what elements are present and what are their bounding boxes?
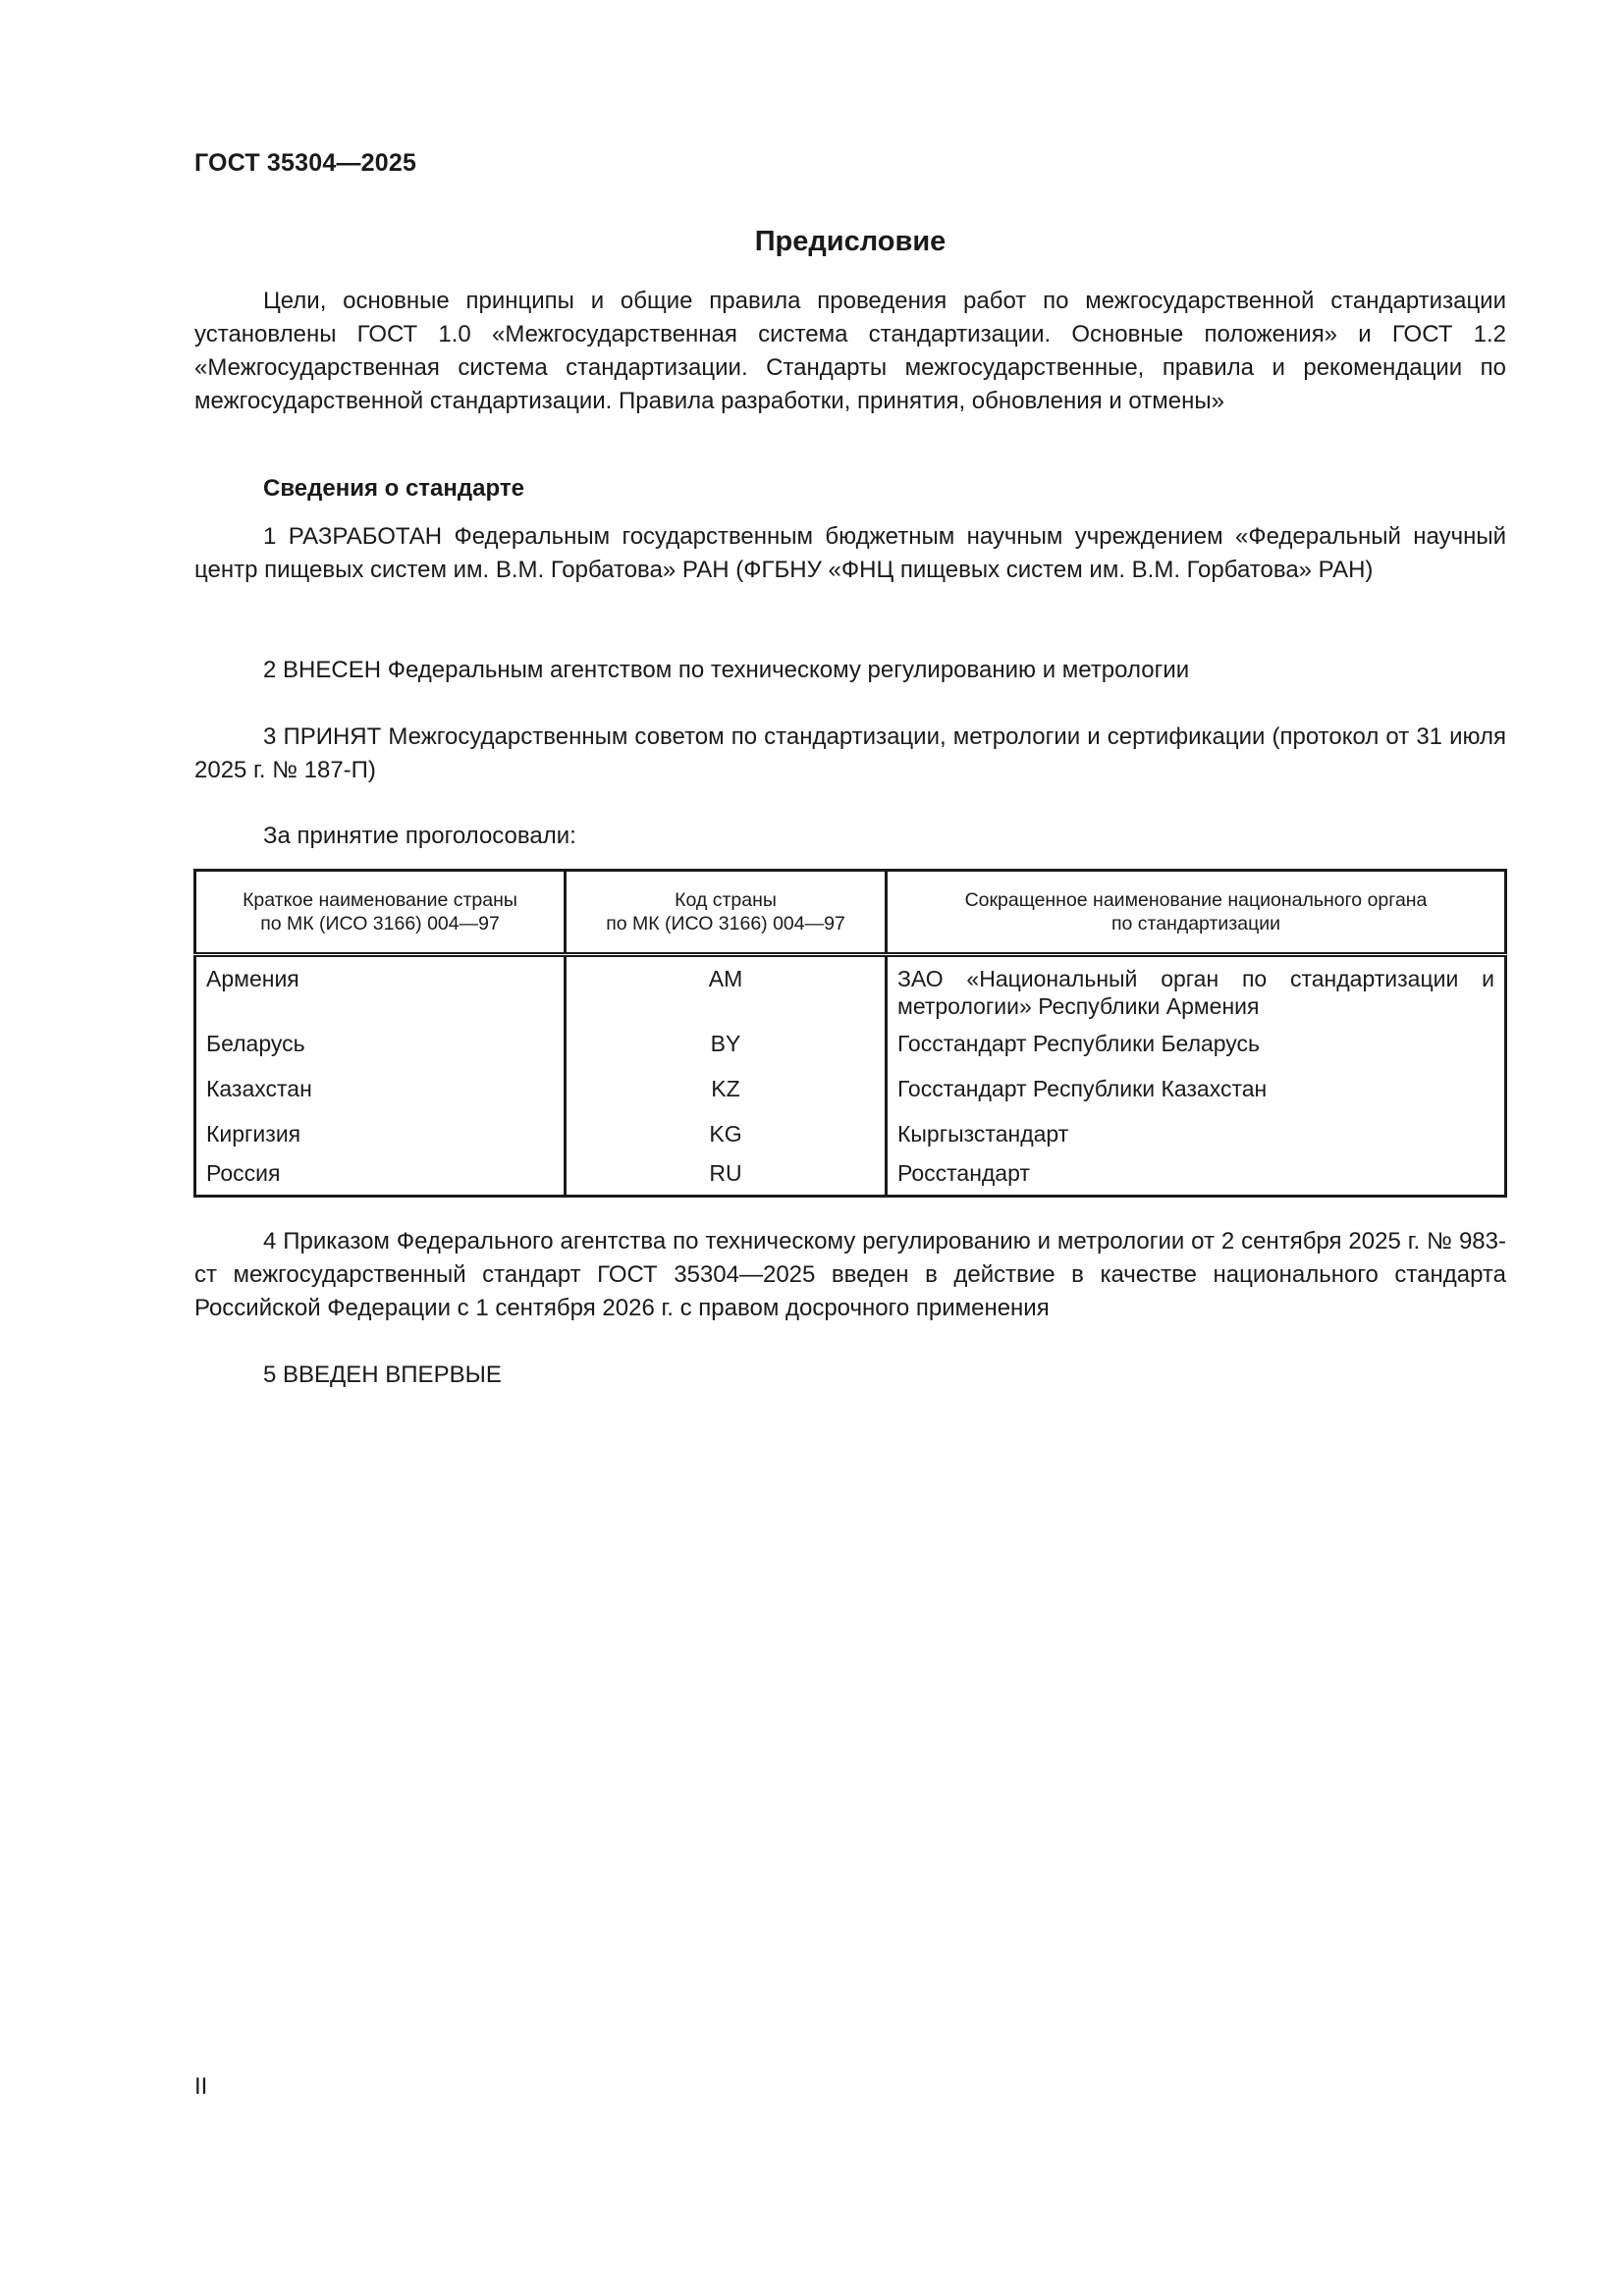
country-cell: Киргизия xyxy=(195,1118,566,1159)
page-number: II xyxy=(194,2073,207,2101)
voted-label: За принятие проголосовали: xyxy=(194,820,1506,853)
country-cell: Беларусь xyxy=(195,1028,566,1073)
col-header-code: Код страныпо МК (ИСО 3166) 004—97 xyxy=(566,871,887,955)
body-cell: ЗАО «Национальный орган по стандартизаци… xyxy=(887,955,1506,1029)
table-row: Армения AM ЗАО «Национальный орган по ст… xyxy=(195,955,1506,1029)
table-row: Беларусь BY Госстандарт Республики Белар… xyxy=(195,1028,1506,1073)
code-cell: AM xyxy=(566,955,887,1029)
body-cell: Госстандарт Республики Казахстан xyxy=(887,1073,1506,1118)
item-first-introduced: 5 ВВЕДЕН ВПЕРВЫЕ xyxy=(194,1359,1506,1392)
table-header-row: Краткое наименование страныпо МК (ИСО 31… xyxy=(195,871,1506,955)
item-submitted: 2 ВНЕСЕН Федеральным агентством по техни… xyxy=(194,654,1506,687)
table-row: Киргизия KG Кыргызстандарт xyxy=(195,1118,1506,1159)
page-title: Предисловие xyxy=(194,226,1506,258)
table-row: Казахстан KZ Госстандарт Республики Каза… xyxy=(195,1073,1506,1118)
item-adopted: 3 ПРИНЯТ Межгосударственным советом по с… xyxy=(194,721,1506,787)
country-cell: Армения xyxy=(195,955,566,1029)
item-enacted: 4 Приказом Федерального агентства по тех… xyxy=(194,1225,1506,1325)
body-cell: Госстандарт Республики Беларусь xyxy=(887,1028,1506,1073)
info-heading: Сведения о стандарте xyxy=(263,475,524,503)
country-cell: Россия xyxy=(195,1159,566,1197)
col-header-country: Краткое наименование страныпо МК (ИСО 31… xyxy=(195,871,566,955)
code-cell: BY xyxy=(566,1028,887,1073)
code-cell: RU xyxy=(566,1159,887,1197)
code-cell: KZ xyxy=(566,1073,887,1118)
body-cell: Росстандарт xyxy=(887,1159,1506,1197)
intro-paragraph: Цели, основные принципы и общие правила … xyxy=(194,285,1506,418)
col-header-body: Сокращенное наименование национального о… xyxy=(887,871,1506,955)
item-developed: 1 РАЗРАБОТАН Федеральным государственным… xyxy=(194,520,1506,587)
voting-table: Краткое наименование страныпо МК (ИСО 31… xyxy=(193,869,1507,1198)
body-cell: Кыргызстандарт xyxy=(887,1118,1506,1159)
table-row: Россия RU Росстандарт xyxy=(195,1159,1506,1197)
country-cell: Казахстан xyxy=(195,1073,566,1118)
document-code: ГОСТ 35304—2025 xyxy=(194,149,416,178)
code-cell: KG xyxy=(566,1118,887,1159)
